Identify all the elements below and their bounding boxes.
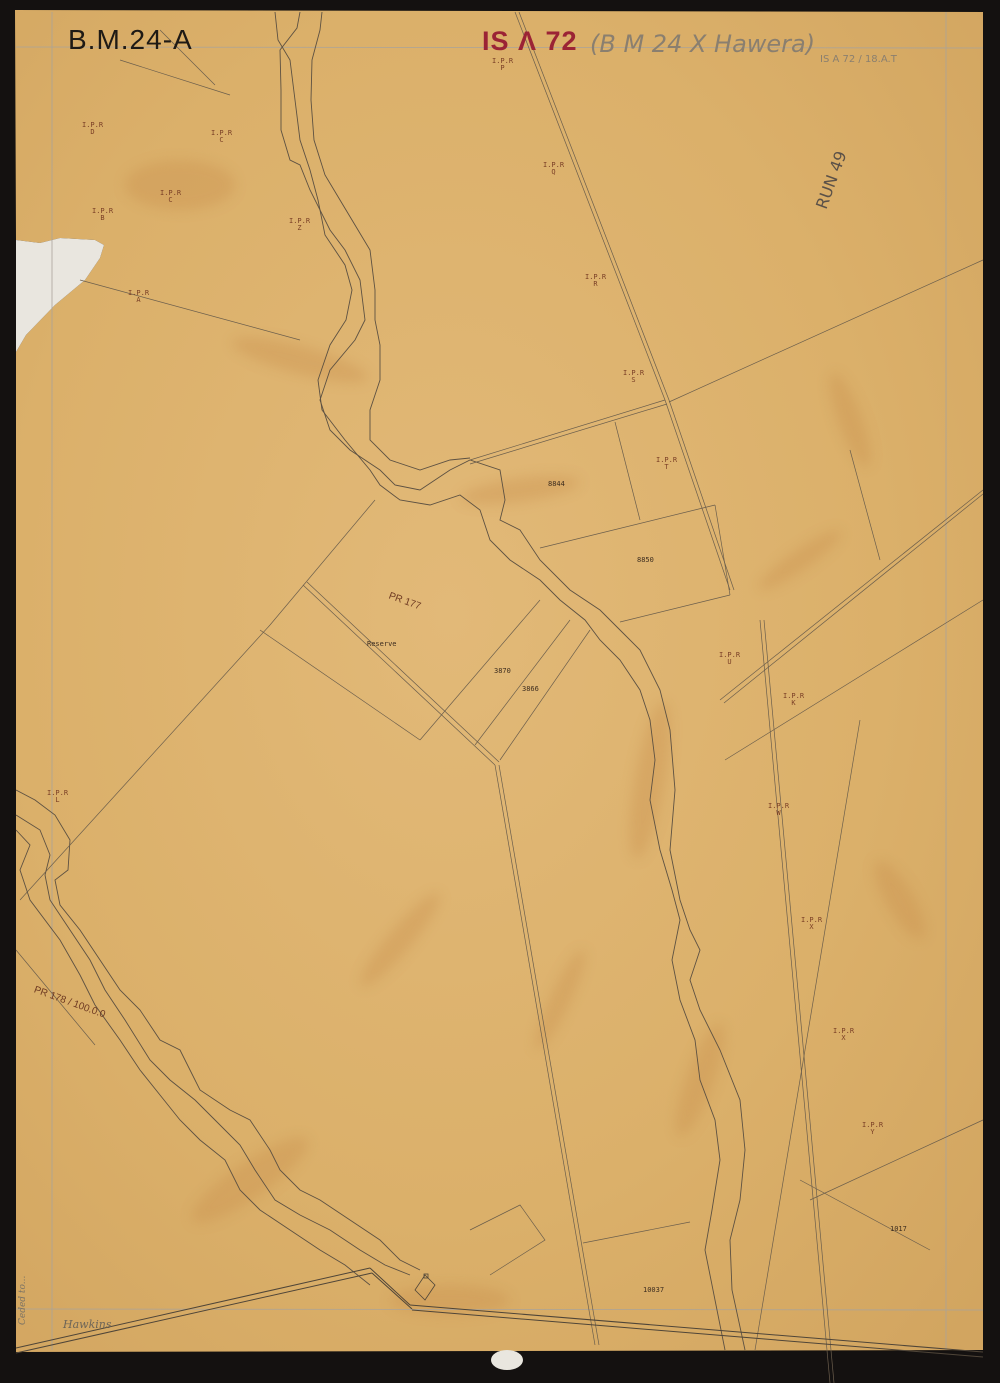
lot-number-label: 10037 [643, 1286, 664, 1294]
paper-fleck [491, 1350, 523, 1370]
pencil-annotation: (B M 24 X Hawera) [590, 30, 815, 58]
sheet-id: B.M.24-A [68, 24, 193, 56]
ipr-label-letter: R [585, 281, 606, 288]
ipr-label: I.P.RY [862, 1122, 883, 1136]
ipr-label-letter: W [768, 810, 789, 817]
ipr-label: I.P.RD [82, 122, 103, 136]
catalogue-stamp: IS Λ 72 [482, 26, 578, 57]
ipr-label-letter: Q [543, 169, 564, 176]
ipr-label-letter: X [801, 924, 822, 931]
ipr-label: I.P.RC [160, 190, 181, 204]
margin-note: Ceded to... [18, 1276, 28, 1325]
ipr-label-letter: S [623, 377, 644, 384]
ipr-label-letter: K [783, 700, 804, 707]
ipr-label-letter: Z [289, 225, 310, 232]
ipr-label-letter: U [719, 659, 740, 666]
lot-number-label: 3870 [494, 667, 511, 675]
ipr-label-letter: A [128, 297, 149, 304]
ipr-label: I.P.RX [801, 917, 822, 931]
ipr-label-letter: C [211, 137, 232, 144]
ipr-label-letter: P [492, 65, 513, 72]
lot-number-label: 3866 [522, 685, 539, 693]
survey-map-sheet: B.M.24-A IS Λ 72 (B M 24 X Hawera) IS A … [0, 0, 1000, 1383]
ipr-label: I.P.RT [656, 457, 677, 471]
ipr-label-letter: D [82, 129, 103, 136]
ipr-label: I.P.RQ [543, 162, 564, 176]
pencil-small-note: IS A 72 / 18.A.T [820, 54, 897, 65]
hawkins-script: Hawkins [63, 1318, 111, 1331]
ipr-label: I.P.RU [719, 652, 740, 666]
ipr-label: I.P.RL [47, 790, 68, 804]
ipr-label-letter: L [47, 797, 68, 804]
ipr-label-letter: T [656, 464, 677, 471]
paper-sheet [15, 10, 983, 1352]
ipr-label: I.P.RS [623, 370, 644, 384]
ipr-label: I.P.RP [492, 58, 513, 72]
ipr-label-letter: X [833, 1035, 854, 1042]
ipr-label-letter: C [160, 197, 181, 204]
ipr-label: I.P.RK [783, 693, 804, 707]
map-canvas [0, 0, 1000, 1383]
ipr-label-letter: Y [862, 1129, 883, 1136]
ipr-label-letter: B [92, 215, 113, 222]
ipr-label: I.P.RC [211, 130, 232, 144]
lot-number-label: 8850 [637, 556, 654, 564]
ipr-label: I.P.RR [585, 274, 606, 288]
ipr-label: I.P.RW [768, 803, 789, 817]
ipr-label: I.P.RA [128, 290, 149, 304]
ipr-label: I.P.RZ [289, 218, 310, 232]
lot-number-label: 8844 [548, 480, 565, 488]
ipr-label: I.P.RX [833, 1028, 854, 1042]
ipr-label: I.P.RB [92, 208, 113, 222]
lot-number-label: Reserve [367, 640, 397, 648]
lot-number-label: 1017 [890, 1225, 907, 1233]
